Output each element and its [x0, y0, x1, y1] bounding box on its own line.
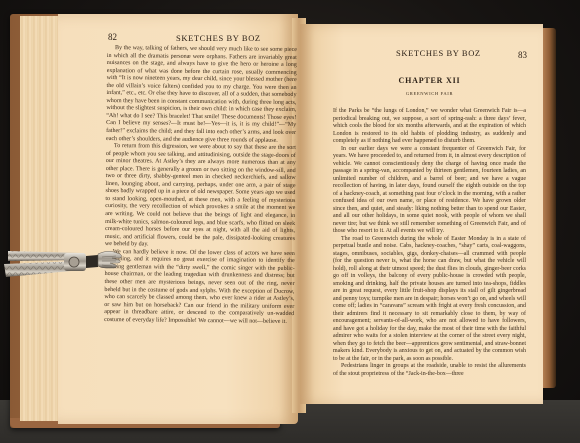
silver-hand-bookmark-icon — [2, 247, 124, 281]
left-paragraph: To return from this digression, we were … — [105, 143, 296, 251]
left-paragraph: We can hardly believe it now. Of the low… — [104, 249, 295, 326]
right-paragraph: Pedestrians linger in groups at the road… — [333, 363, 526, 378]
left-paragraph: By the way, talking of fathers, we shoul… — [106, 45, 297, 145]
right-paragraph: If the Parks be “the lungs of London,” w… — [333, 108, 526, 146]
chapter-title: CHAPTER XII — [333, 76, 526, 85]
right-page-body: If the Parks be “the lungs of London,” w… — [333, 108, 526, 378]
left-running-head: SKETCHES BY BOZ — [176, 33, 261, 43]
right-paragraph: The road to Greenwich during the whole o… — [333, 236, 526, 364]
book-photo: 82 SKETCHES BY BOZ By the way, talking o… — [0, 0, 580, 443]
right-page-number: 83 — [518, 50, 527, 60]
left-page-body: By the way, talking of fathers, we shoul… — [104, 45, 297, 326]
right-paragraph: In our earlier days we were a constant f… — [333, 146, 526, 236]
chapter-subtitle: GREENWICH FAIR — [333, 91, 526, 96]
left-page-number: 82 — [108, 32, 117, 42]
right-running-head: SKETCHES BY BOZ — [396, 48, 481, 58]
